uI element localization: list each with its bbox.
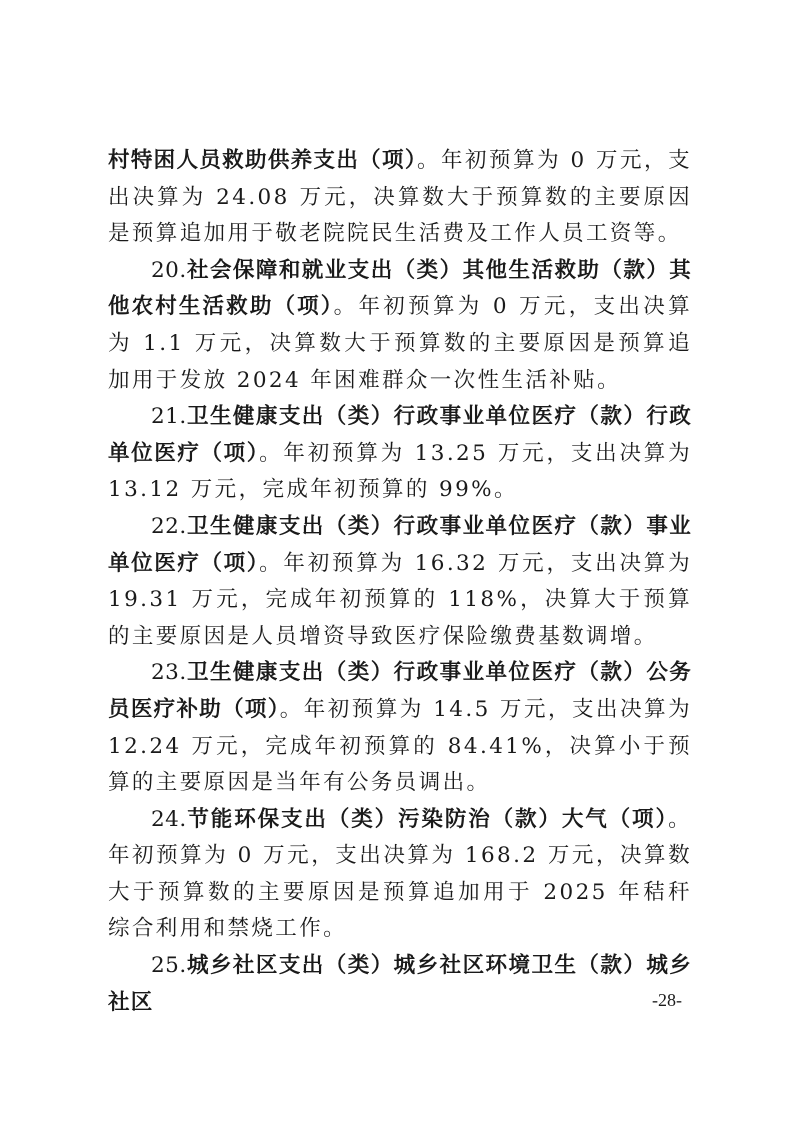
item-heading: 城乡社区支出（类）城乡社区环境卫生（款）城乡社区 [108, 953, 692, 1015]
item-number: 21. [151, 404, 187, 429]
item-heading: 节能环保支出（类）污染防治（款）大气（项） [187, 807, 668, 832]
paragraph-24: 24.节能环保支出（类）污染防治（款）大气（项）。年初预算为 0 万元，支出决算… [108, 802, 692, 948]
page-number: -28- [652, 990, 682, 1011]
document-page: 村特困人员救助供养支出（项）。年初预算为 0 万元，支出决算为 24.08 万元… [108, 143, 692, 1021]
item-number: 22. [151, 514, 187, 539]
item-number: 23. [151, 660, 187, 685]
paragraph-23: 23.卫生健康支出（类）行政事业单位医疗（款）公务员医疗补助（项）。年初预算为 … [108, 655, 692, 801]
paragraph-20: 20.社会保障和就业支出（类）其他生活救助（款）其他农村生活救助（项）。年初预算… [108, 253, 692, 399]
paragraph-19-continuation: 村特困人员救助供养支出（项）。年初预算为 0 万元，支出决算为 24.08 万元… [108, 143, 692, 253]
paragraph-25: 25.城乡社区支出（类）城乡社区环境卫生（款）城乡社区 [108, 948, 692, 1021]
item-number: 25. [151, 953, 187, 978]
item-number: 24. [151, 807, 187, 832]
paragraph-21: 21.卫生健康支出（类）行政事业单位医疗（款）行政单位医疗（项）。年初预算为 1… [108, 399, 692, 509]
paragraph-22: 22.卫生健康支出（类）行政事业单位医疗（款）事业单位医疗（项）。年初预算为 1… [108, 509, 692, 655]
item-heading: 村特困人员救助供养支出（项） [108, 148, 417, 173]
item-number: 20. [151, 258, 187, 283]
